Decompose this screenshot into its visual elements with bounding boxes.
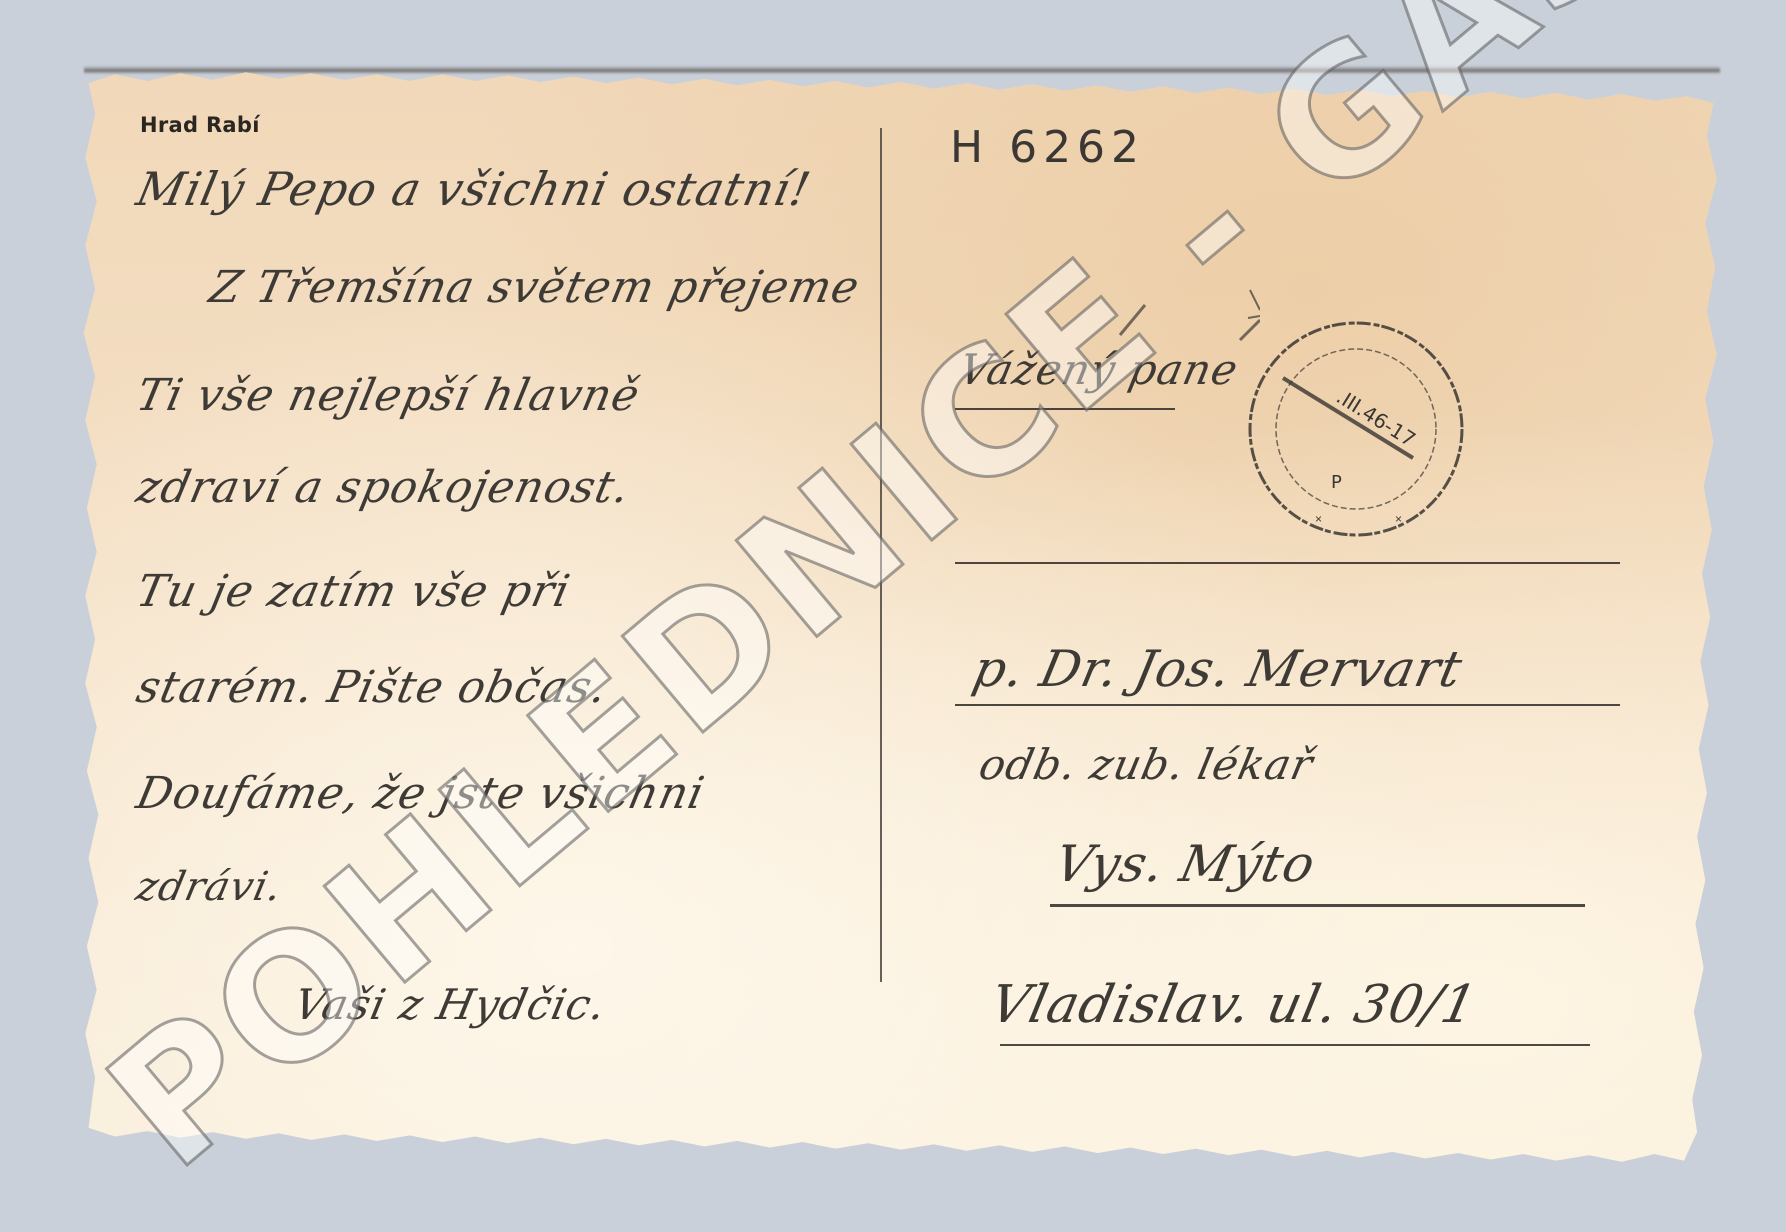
svg-text:×: × [1395,512,1402,526]
address-line: odb. zub. lékař [975,740,1318,789]
address-line-rule [1050,904,1585,907]
message-line: Doufáme, že jste všichni [132,768,709,819]
message-line: Ti vše nejlepší hlavně [132,370,645,421]
message-line: zdraví a spokojenost. [132,462,635,513]
address-line-rule [955,562,1620,564]
vertical-divider [880,128,882,982]
message-line: Z Třemšína světem přejeme [205,262,864,313]
postmark-letter: P [1331,472,1342,493]
card-top-edge-shadow [84,66,1720,74]
address-line: Vladislav. ul. 30/1 [985,975,1482,1035]
address-line-rule [955,704,1620,706]
address-line-rule [955,408,1175,410]
address-line-rule [1000,1044,1590,1046]
printed-title: Hrad Rabí [140,113,260,137]
postmark-stamp-icon: .III.46-17 P × × [1245,318,1467,540]
message-line: starém. Pište občas. [132,662,612,713]
reference-code: H 6262 [950,122,1145,173]
signature: Vaši z Hydčic. [290,980,611,1029]
address-line: p. Dr. Jos. Mervart [968,640,1468,698]
message-line: Milý Pepo a všichni ostatní! [132,162,816,216]
message-line: zdrávi. [132,864,287,910]
message-line: Tu je zatím vše při [132,566,575,617]
postmark-partial-icon [1100,280,1260,400]
svg-text:×: × [1315,512,1322,526]
address-line: Vys. Mýto [1050,835,1321,893]
